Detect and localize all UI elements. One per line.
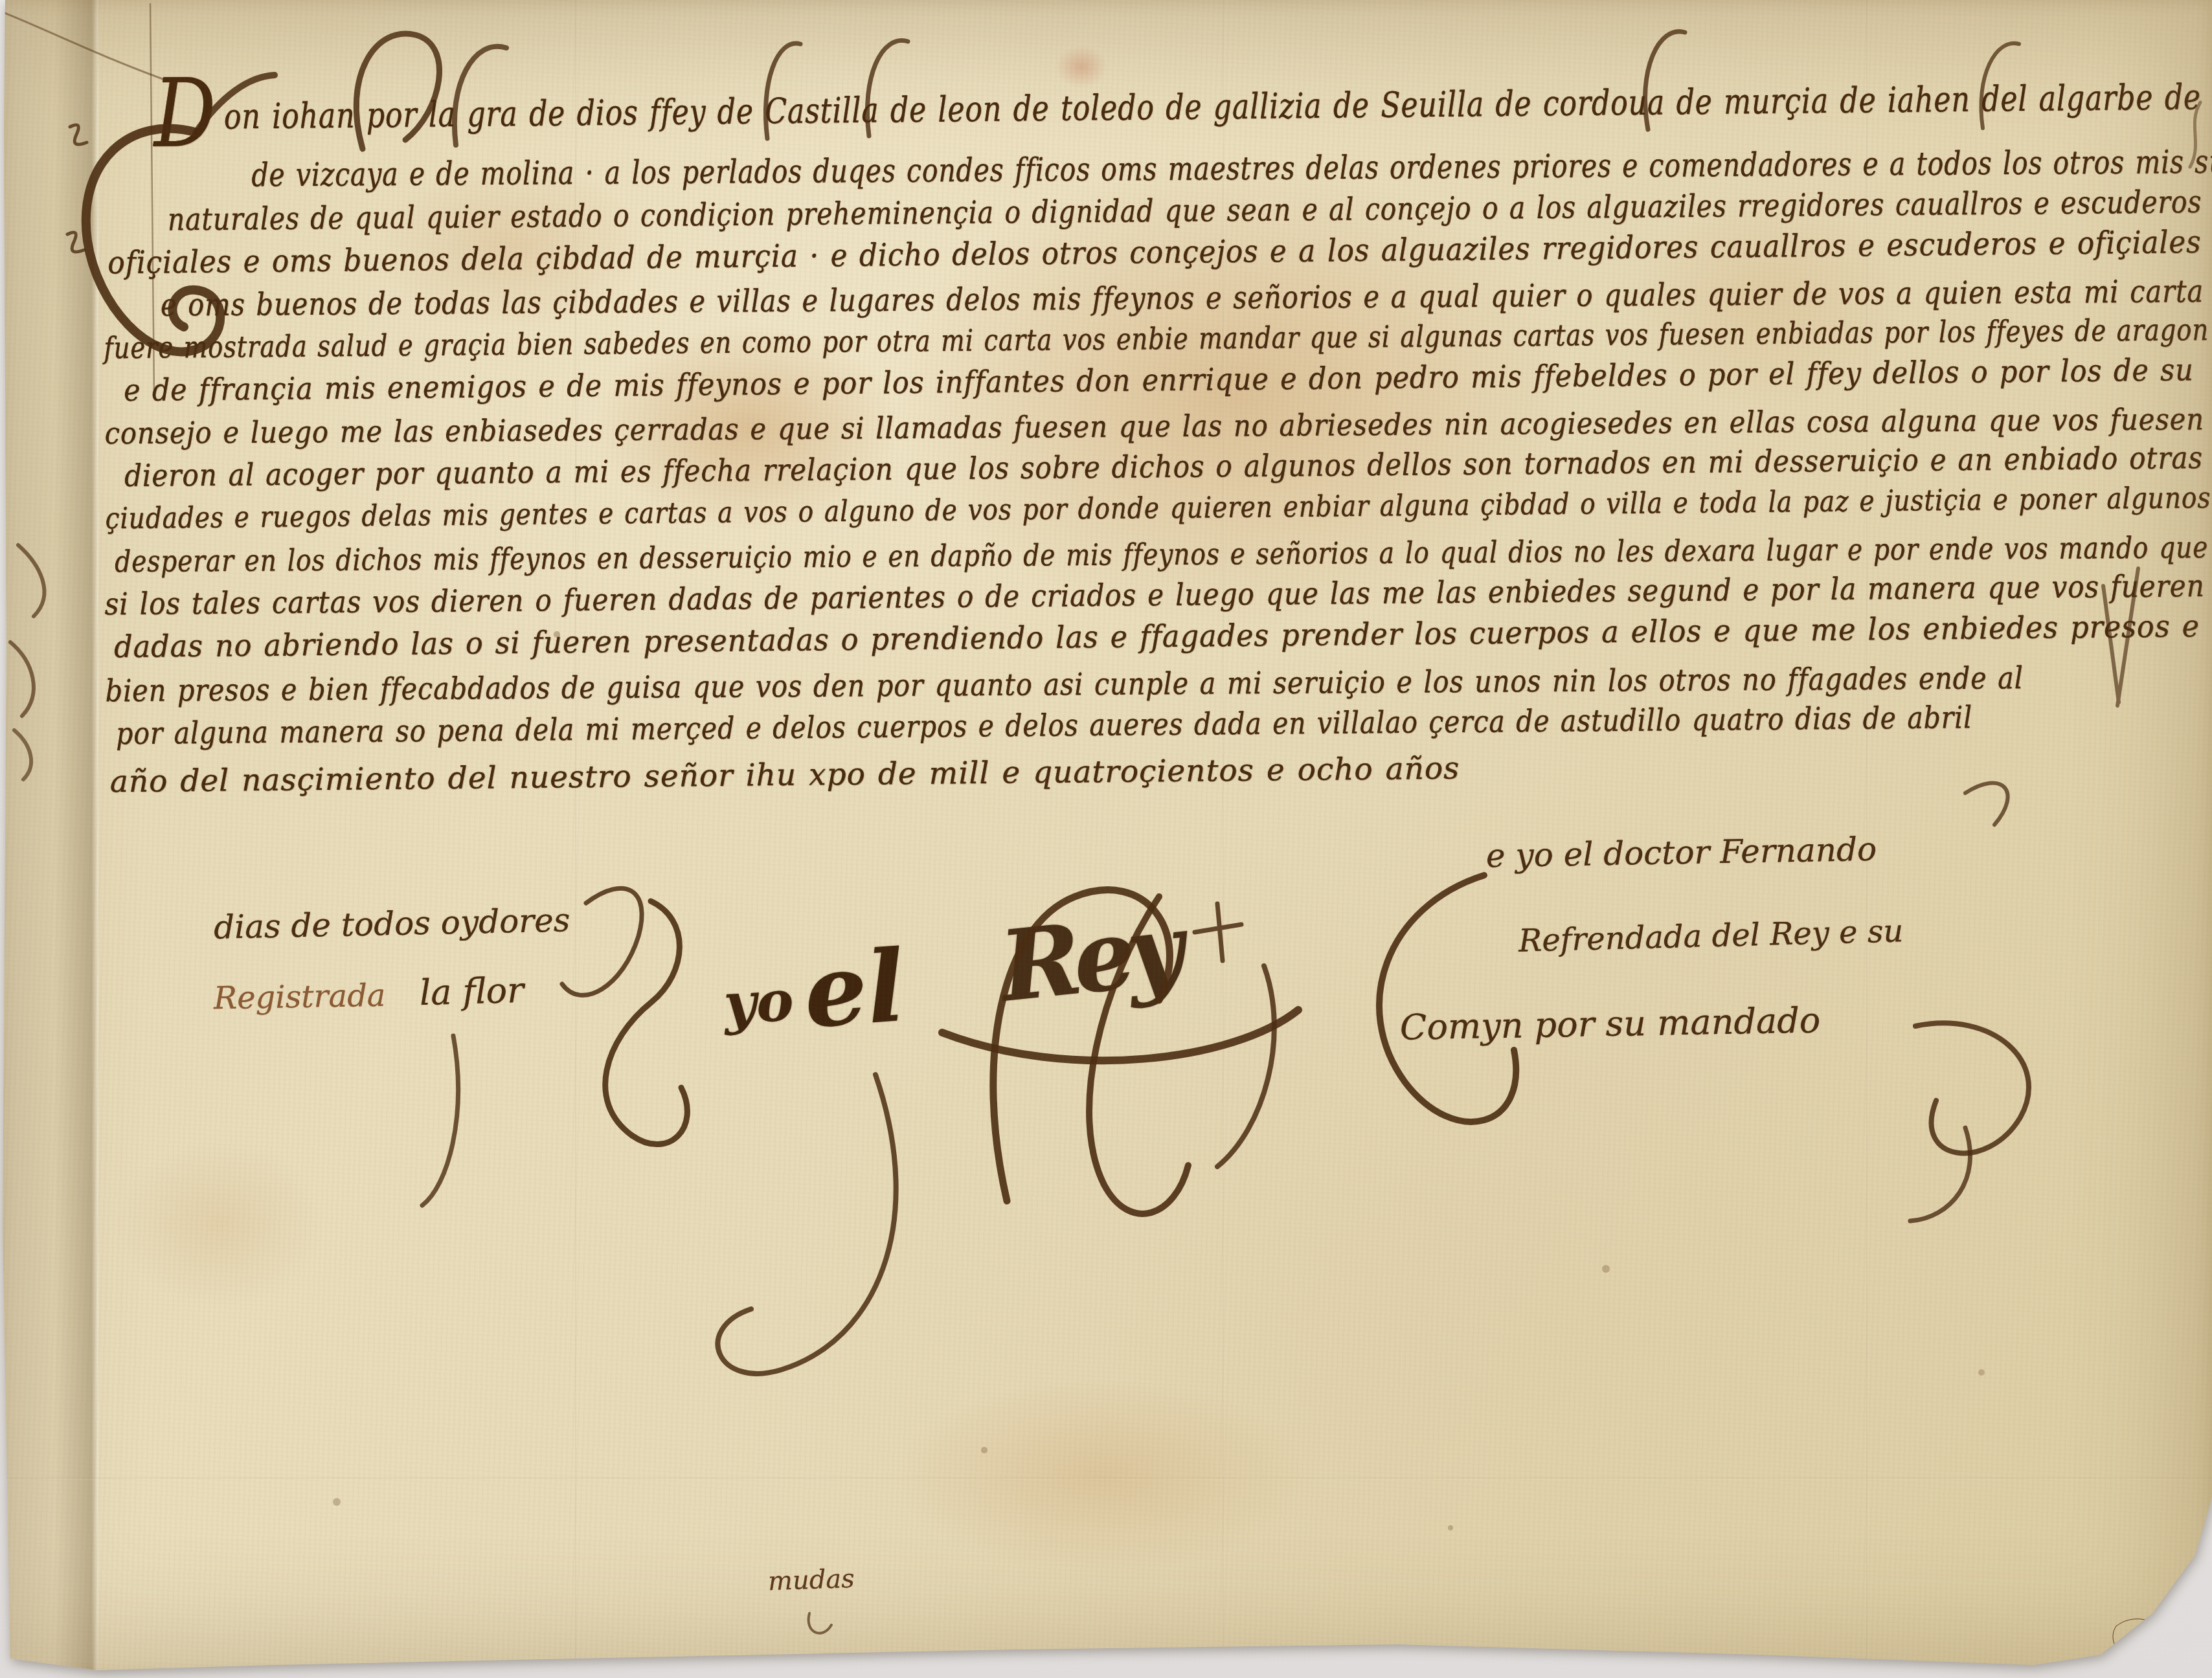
chancery-note-registrada: Registrada: [214, 978, 386, 1017]
letter-body: Don iohan por la gra de dios ffey de Cas…: [0, 0, 2212, 1678]
chancery-note-la-flor: la flor: [419, 970, 525, 1013]
chancery-note-oydores: dias de todos oydores: [213, 901, 570, 946]
chancery-note-mandado: Comyn por su mandado: [1399, 1000, 1820, 1047]
royal-signature-yo: yo: [722, 968, 795, 1036]
chancery-note-doctor: e yo el doctor Fernando: [1486, 831, 1877, 875]
royal-letter-scan: Don iohan por la gra de dios ffey de Cas…: [0, 0, 2212, 1678]
manuscript-line: por alguna manera so pena dela mi merçed…: [116, 700, 1972, 752]
sheet-wrap: Don iohan por la gra de dios ffey de Cas…: [0, 0, 2212, 1678]
royal-signature-rey: Rey: [995, 892, 1182, 1024]
parchment-sheet: Don iohan por la gra de dios ffey de Cas…: [0, 0, 2212, 1678]
drop-cap: D: [153, 59, 217, 169]
royal-signature-el: el: [800, 928, 909, 1050]
dorso-note: mudas: [767, 1564, 855, 1597]
manuscript-line: Don iohan por la gra de dios ffey de Cas…: [153, 74, 2212, 138]
manuscript-line: año del nasçimiento del nuestro señor ih…: [109, 751, 1460, 800]
